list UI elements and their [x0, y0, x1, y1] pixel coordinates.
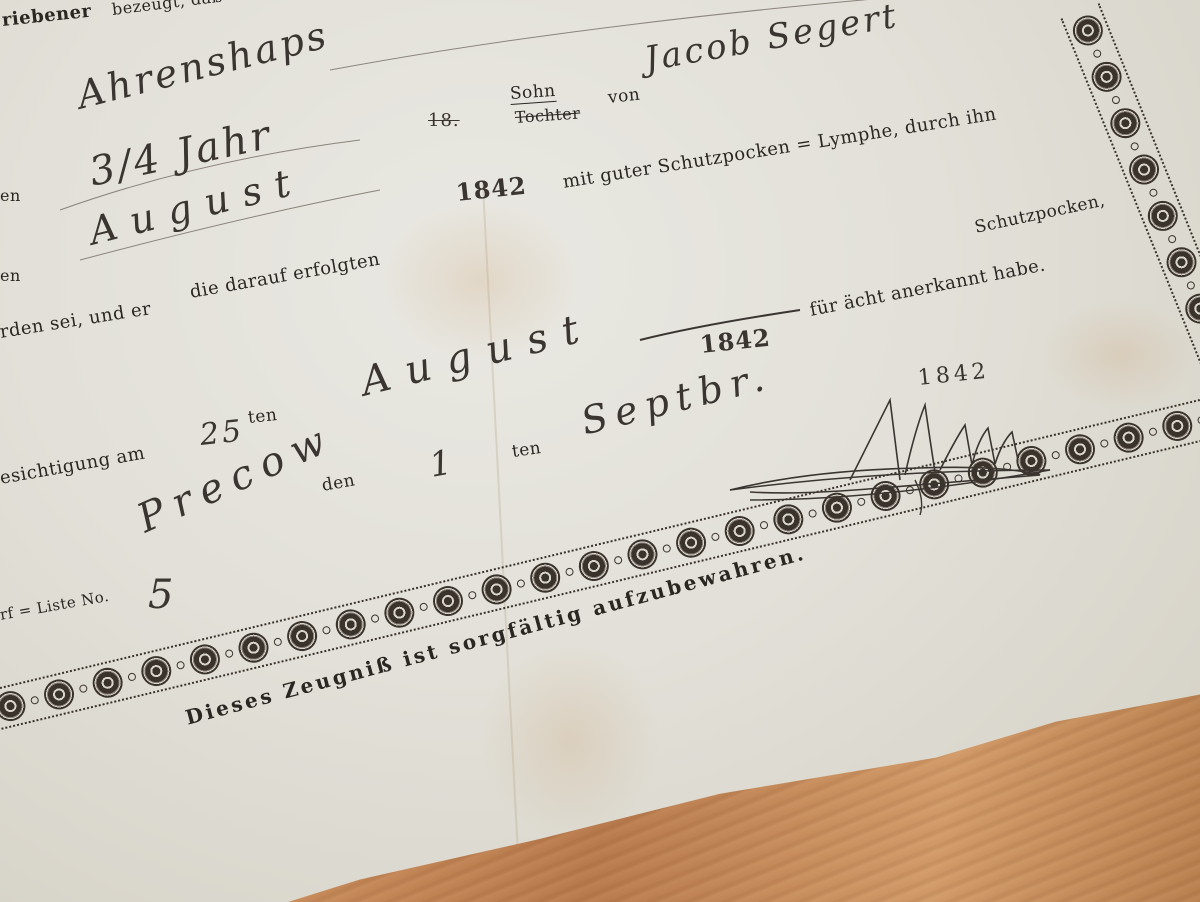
handwritten-father-name: Jacob Segert — [642, 0, 902, 80]
handwritten-day-2: 1 — [427, 442, 458, 486]
handwritten-layer: Ahrenshaps 18. Jacob Segert 3/4 Jahr Aug… — [0, 0, 1200, 902]
handwritten-year: 1842 — [454, 171, 527, 207]
handwritten-list-number: 5 — [148, 572, 176, 618]
handwritten-year-2: 1842 — [698, 323, 771, 359]
handwritten-name: Ahrenshaps — [73, 12, 333, 117]
handwritten-day: 25 — [198, 413, 246, 452]
signature — [720, 380, 1060, 520]
handwritten-struck-number: 18. — [428, 110, 460, 131]
handwritten-month-2: August — [356, 303, 599, 405]
